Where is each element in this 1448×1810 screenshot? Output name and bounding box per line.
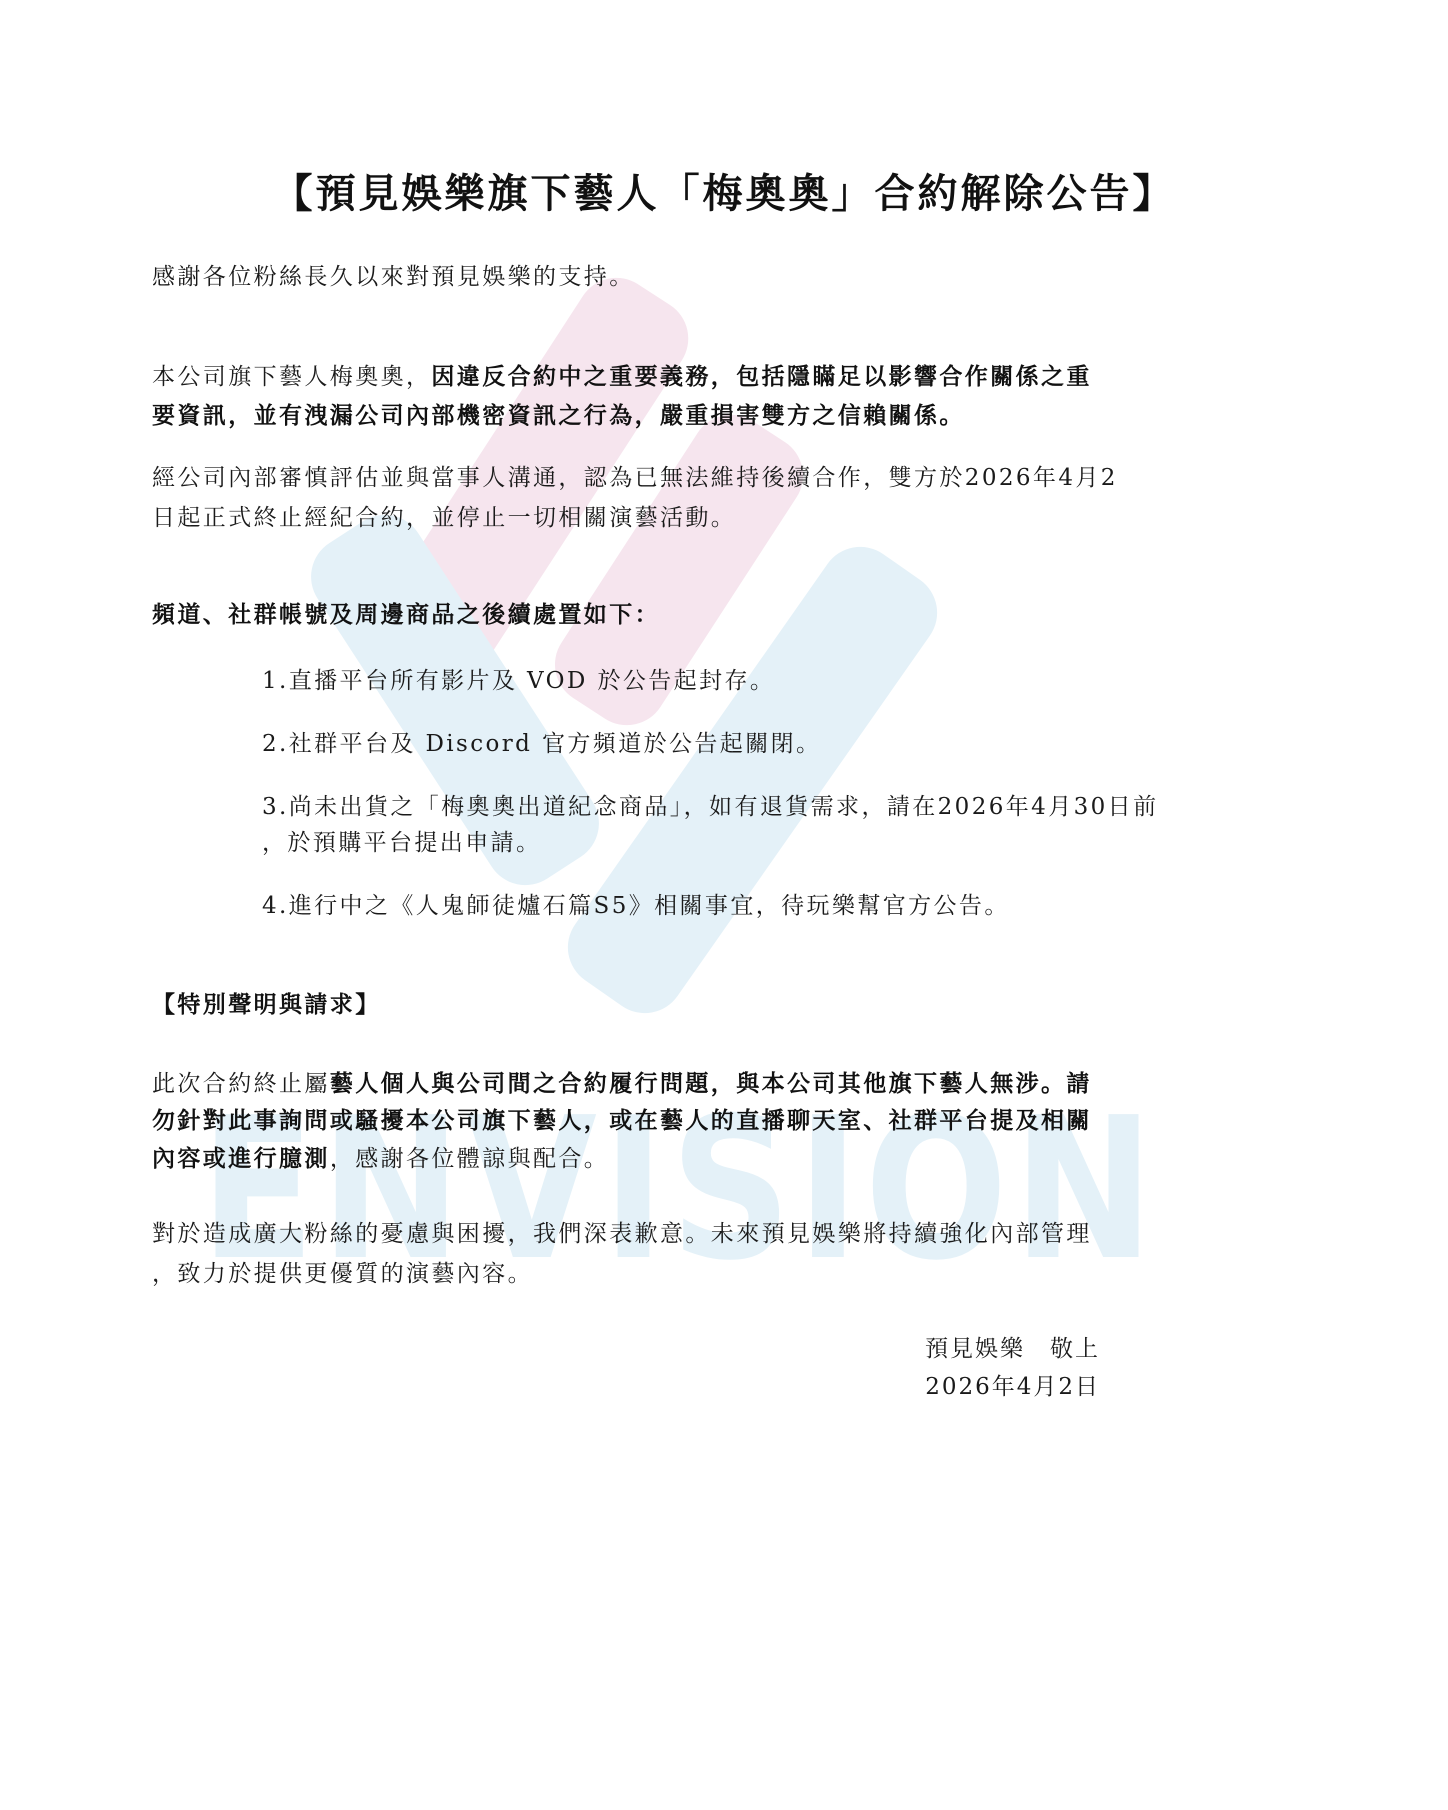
greeting-text: 感謝各位粉絲長久以來對預見娛樂的支持。 — [152, 262, 635, 292]
paragraph-3-bold: 藝人個人與公司間之合約履行問題，與本公司其他旗下藝人無涉。請 — [330, 1070, 1092, 1097]
special-heading: 【特別聲明與請求】 — [152, 990, 381, 1020]
signature-company: 預見娛樂 敬上 — [925, 1334, 1100, 1364]
announcement-page: ENVISION 【預見娛樂旗下藝人「梅奧奧」合約解除公告】 感謝各位粉絲長久以… — [0, 0, 1448, 1810]
section-heading: 頻道、社群帳號及周邊商品之後續處置如下： — [152, 600, 660, 630]
list-item-3-line-1: 3.尚未出貨之「梅奧奧出道紀念商品」，如有退貨需求，請在2026年4月30日前 — [262, 792, 1158, 822]
paragraph-3-line-1: 此次合約終止屬藝人個人與公司間之合約履行問題，與本公司其他旗下藝人無涉。請 — [152, 1069, 1092, 1099]
list-item-2: 2.社群平台及 Discord 官方頻道於公告起關閉。 — [262, 729, 821, 759]
paragraph-1-line-2: 要資訊，並有洩漏公司內部機密資訊之行為，嚴重損害雙方之信賴關係。 — [152, 401, 965, 431]
paragraph-1-bold: 因違反合約中之重要義務，包括隱瞞足以影響合作關係之重 — [431, 363, 1091, 390]
paragraph-3-line-3: 內容或進行臆測，感謝各位體諒與配合。 — [152, 1144, 609, 1174]
paragraph-1-normal: 本公司旗下藝人梅奧奧， — [152, 364, 431, 390]
paragraph-1-line-1: 本公司旗下藝人梅奧奧，因違反合約中之重要義務，包括隱瞞足以影響合作關係之重 — [152, 362, 1092, 392]
document-title: 【預見娛樂旗下藝人「梅奧奧」合約解除公告】 — [0, 162, 1448, 219]
list-item-4: 4.進行中之《人鬼師徒爐石篇S5》相關事宜，待玩樂幫官方公告。 — [262, 891, 1010, 921]
paragraph-3-line-2: 勿針對此事詢問或騷擾本公司旗下藝人，或在藝人的直播聊天室、社群平台提及相關 — [152, 1106, 1092, 1136]
paragraph-2-line-2: 日起正式終止經紀合約，並停止一切相關演藝活動。 — [152, 503, 736, 533]
paragraph-2-line-1: 經公司內部審慎評估並與當事人溝通，認為已無法維持後續合作，雙方於2026年4月2 — [152, 463, 1118, 493]
paragraph-3-normal: 此次合約終止屬 — [152, 1071, 330, 1097]
list-item-1: 1.直播平台所有影片及 VOD 於公告起封存。 — [262, 666, 775, 696]
signature-date: 2026年4月2日 — [925, 1372, 1100, 1402]
paragraph-3-line-3-normal: ，感謝各位體諒與配合。 — [330, 1146, 609, 1172]
list-item-3-line-2: ，於預購平台提出申請。 — [262, 828, 541, 858]
document-body: 【預見娛樂旗下藝人「梅奧奧」合約解除公告】 感謝各位粉絲長久以來對預見娛樂的支持… — [0, 0, 1448, 1810]
paragraph-3-line-3-bold: 內容或進行臆測 — [152, 1145, 330, 1172]
paragraph-4-line-2: ，致力於提供更優質的演藝內容。 — [152, 1259, 533, 1289]
paragraph-4-line-1: 對於造成廣大粉絲的憂慮與困擾，我們深表歉意。未來預見娛樂將持續強化內部管理 — [152, 1219, 1092, 1249]
